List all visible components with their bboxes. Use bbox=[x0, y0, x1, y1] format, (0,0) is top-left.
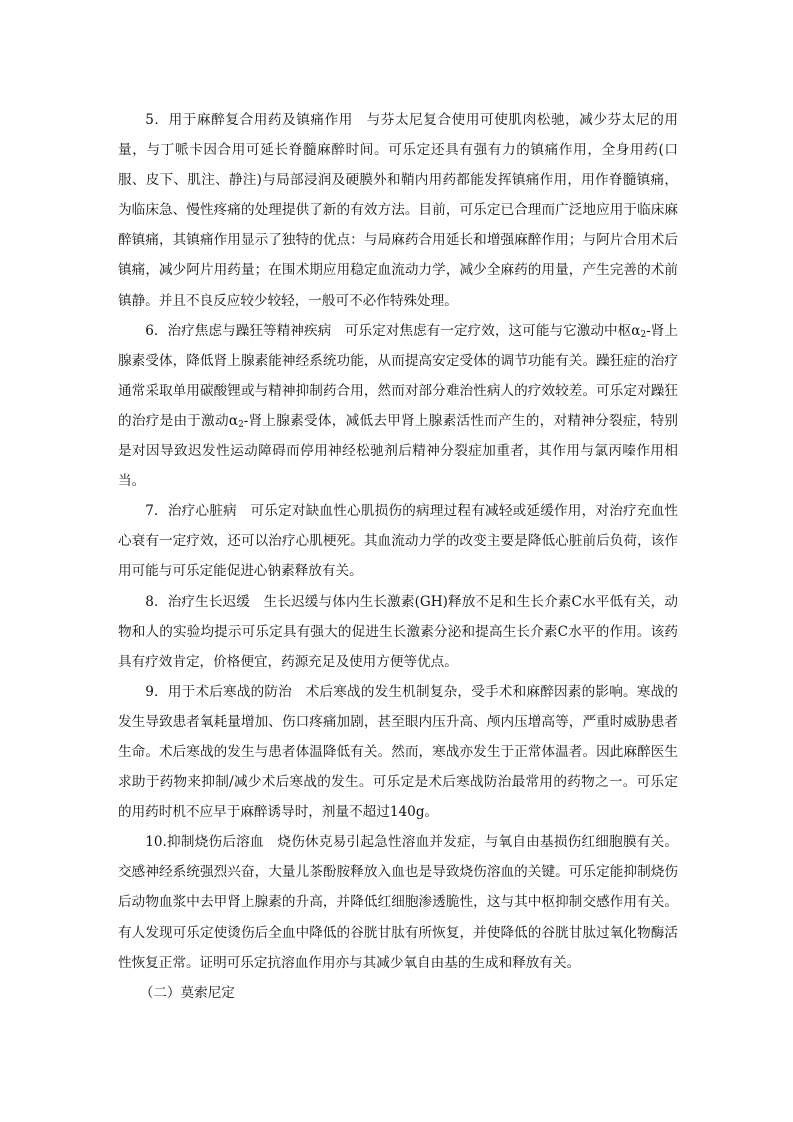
paragraph-heading: 7．治疗心脏病 bbox=[145, 503, 237, 519]
paragraph-9-postoperative-shivering: 9．用于术后寒战的防治术后寒战的发生机制复杂，受手术和麻醉因素的影响。寒战的发生… bbox=[118, 677, 678, 827]
document-page: 5．用于麻醉复合用药及镇痛作用与芬太尼复合使用可使肌肉松驰，减少芬太尼的用量，与… bbox=[118, 105, 678, 1008]
paragraph-7-heart-disease: 7．治疗心脏病可乐定对缺血性心肌损伤的病理过程有减轻或延缓作用，对治疗充血性心衰… bbox=[118, 496, 678, 586]
paragraph-6-psychiatric: 6．治疗焦虑与躁狂等精神疾病可乐定对焦虑有一定疗效，这可能与它激动中枢α2-肾上… bbox=[118, 316, 678, 497]
paragraph-heading: 8．治疗生长迟缓 bbox=[145, 594, 250, 610]
paragraph-body: 术后寒战的发生机制复杂，受手术和麻醉因素的影响。寒战的发生导致患者氧耗量增加、伤… bbox=[118, 684, 678, 820]
paragraph-10-burn-hemolysis: 10.抑制烧伤后溶血烧伤休克易引起急性溶血并发症，与氧自由基损伤红细胞膜有关。交… bbox=[118, 827, 678, 977]
paragraph-heading: 10.抑制烧伤后溶血 bbox=[145, 834, 264, 850]
paragraph-8-growth-retardation: 8．治疗生长迟缓生长迟缓与体内生长激素(GH)释放不足和生长介素C水平低有关，动… bbox=[118, 587, 678, 677]
paragraph-heading: 5．用于麻醉复合用药及镇痛作用 bbox=[145, 112, 353, 128]
paragraph-heading: 6．治疗焦虑与躁狂等精神疾病 bbox=[145, 323, 331, 339]
section-heading-moxonidine: （二）莫索尼定 bbox=[118, 978, 678, 1008]
paragraph-body-part: 可乐定对焦虑有一定疗效，这可能与它激动中枢α bbox=[345, 323, 641, 339]
paragraph-5-anesthesia-analgesia: 5．用于麻醉复合用药及镇痛作用与芬太尼复合使用可使肌肉松驰，减少芬太尼的用量，与… bbox=[118, 105, 678, 316]
paragraph-body: 与芬太尼复合使用可使肌肉松驰，减少芬太尼的用量，与丁哌卡因合用可延长脊髓麻醉时间… bbox=[118, 112, 678, 309]
paragraph-heading: 9．用于术后寒战的防治 bbox=[145, 684, 292, 700]
paragraph-body: 烧伤休克易引起急性溶血并发症，与氧自由基损伤红细胞膜有关。交感神经系统强烈兴奋，… bbox=[118, 834, 678, 970]
